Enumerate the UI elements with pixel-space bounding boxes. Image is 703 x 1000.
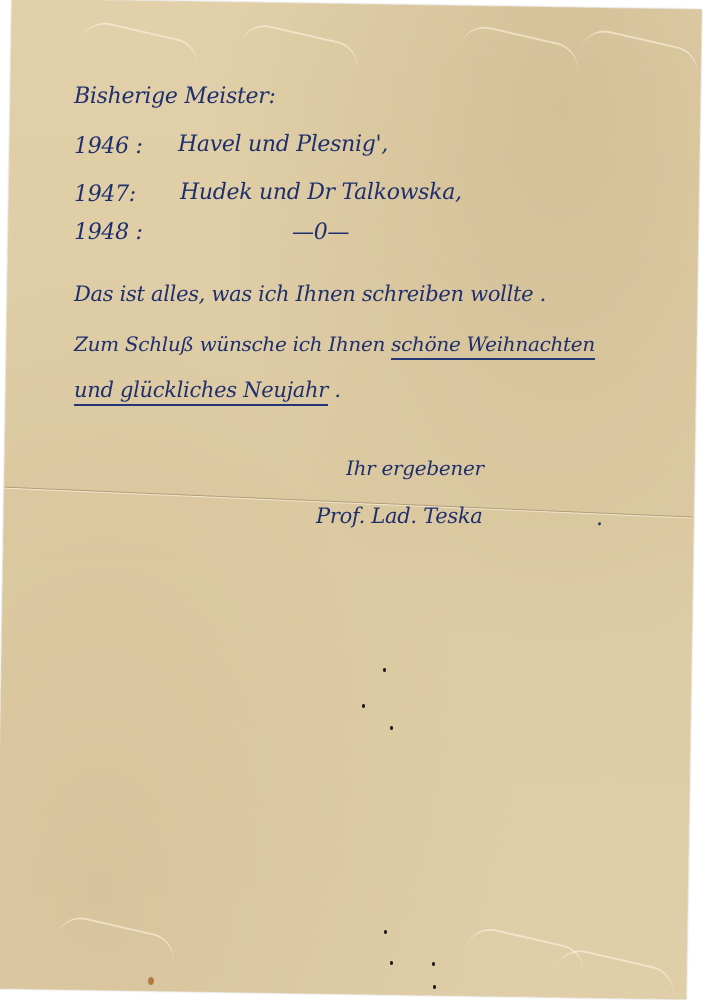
embossed-wave — [240, 20, 363, 72]
ink-speck — [390, 726, 393, 730]
underlined-new-year: und glückliches Neujahr — [74, 378, 328, 406]
underlined-christmas: schöne Weihnachten — [391, 332, 595, 360]
embossed-wave — [555, 945, 678, 997]
signature-dot: . — [596, 506, 603, 531]
embossed-wave — [56, 912, 179, 964]
embossed-wave — [580, 25, 703, 77]
ink-speck — [383, 668, 386, 672]
embossed-wave — [80, 18, 203, 70]
ink-speck — [362, 704, 365, 708]
champions-1946: Havel und Plesnig', — [178, 132, 388, 157]
year-1948: 1948 : — [74, 220, 143, 245]
closing: Ihr ergebener — [346, 456, 484, 480]
signature: Prof. Lad. Teska — [316, 504, 482, 528]
ink-speck — [384, 930, 387, 934]
heading: Bisherige Meister: — [74, 84, 276, 109]
body-line-1: Das ist alles, was ich Ihnen schreiben w… — [74, 282, 546, 306]
body-line-2-text: Zum Schluß wünsche ich Ihnen — [74, 332, 391, 356]
body-line-3: und glückliches Neujahr . — [74, 378, 341, 402]
year-1947: 1947: — [74, 182, 136, 207]
ink-speck — [433, 985, 436, 989]
embossed-wave — [460, 22, 583, 74]
body-line-3-end: . — [328, 378, 341, 402]
ink-speck — [390, 961, 393, 965]
rust-stain — [148, 977, 154, 985]
year-1946: 1946 : — [74, 134, 143, 159]
body-line-2: Zum Schluß wünsche ich Ihnen schöne Weih… — [74, 332, 595, 356]
champions-1947: Hudek und Dr Talkowska, — [180, 180, 462, 205]
ink-speck — [432, 962, 435, 966]
champions-1948: —0— — [292, 220, 349, 245]
